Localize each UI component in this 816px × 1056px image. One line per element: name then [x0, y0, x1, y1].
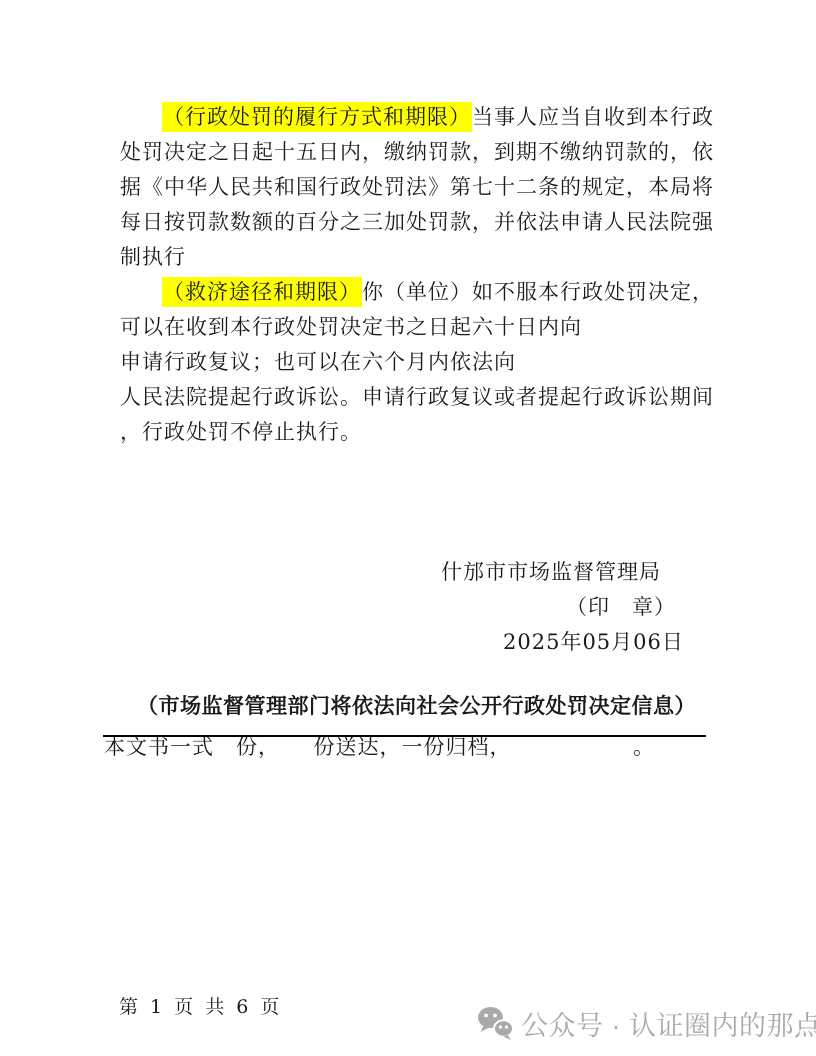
para2-line4: 人民法院提起行政诉讼。申请行政复议或者提起行政诉讼期间	[120, 380, 720, 415]
para2-line1: （救济途径和期限）你（单位）如不服本行政处罚决定，	[120, 275, 720, 310]
document-body: （行政处罚的履行方式和期限）当事人应当自收到本行政 处罚决定之日起十五日内，缴纳…	[120, 100, 720, 450]
strikethrough-rule	[103, 735, 706, 737]
para1-line2: 处罚决定之日起十五日内，缴纳罚款，到期不缴纳罚款的，依	[120, 135, 720, 170]
watermark-text: 公众号 · 认证圈内的那点事	[521, 1004, 816, 1043]
para2-line5: ，行政处罚不停止执行。	[120, 415, 720, 450]
wechat-icon	[477, 1006, 514, 1041]
para1-highlight: （行政处罚的履行方式和期限）	[162, 102, 472, 132]
para1-line4: 每日按罚款数额的百分之三加处罚款，并依法申请人民法院强	[120, 205, 720, 240]
para1-line1: （行政处罚的履行方式和期限）当事人应当自收到本行政	[120, 100, 720, 135]
para2-line2: 可以在收到本行政处罚决定书之日起六十日内向	[120, 310, 720, 345]
signature-agency: 什邡市市场监督管理局	[441, 556, 661, 586]
public-disclosure-notice: （市场监督管理部门将依法向社会公开行政处罚决定信息）	[137, 690, 696, 720]
page-number: 第 1 页 共 6 页	[119, 992, 282, 1019]
para1-line1-rest: 当事人应当自收到本行政	[472, 105, 714, 129]
signature-seal-placeholder: （印 章）	[566, 591, 676, 621]
para2-highlight: （救济途径和期限）	[162, 277, 362, 307]
watermark: 公众号 · 认证圈内的那点事	[477, 1004, 816, 1043]
document-page: （行政处罚的履行方式和期限）当事人应当自收到本行政 处罚决定之日起十五日内，缴纳…	[0, 0, 816, 1056]
para2-line3: 申请行政复议；也可以在六个月内依法向	[120, 345, 720, 380]
para1-line3: 据《中华人民共和国行政处罚法》第七十二条的规定，本局将	[120, 170, 720, 205]
signature-date: 2025年05月06日	[503, 626, 684, 656]
para1-line5: 制执行	[120, 240, 720, 275]
para2-line1-rest: 你（单位）如不服本行政处罚决定，	[362, 280, 714, 304]
